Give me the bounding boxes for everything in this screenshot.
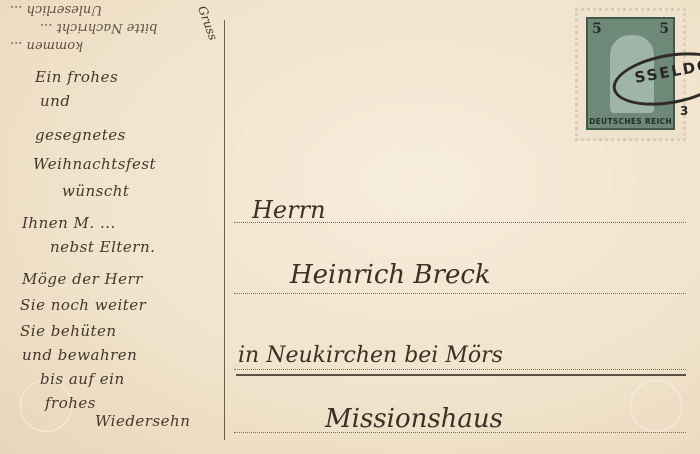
upside-down-message-line: Unleserlich ... — [10, 2, 102, 17]
embossed-ornament — [630, 380, 682, 432]
upside-down-message-line: bitte Nachricht ... — [40, 20, 157, 35]
message-line: wünscht — [62, 182, 129, 200]
stamp-value-right: 5 — [659, 21, 669, 37]
message-line: nebst Eltern. — [50, 238, 155, 256]
postmark-digit: 3 — [680, 104, 688, 118]
center-divider — [224, 20, 225, 440]
address-town: in Neukirchen bei Mörs — [238, 343, 503, 368]
message-line: Ihnen M. ... — [22, 214, 116, 232]
vertical-message: Gruss — [195, 4, 220, 42]
stamp-label: DEUTSCHES REICH — [588, 117, 673, 126]
address-line-guide — [234, 222, 686, 223]
message-line: frohes — [45, 394, 96, 412]
message-line: Sie behüten — [20, 322, 117, 340]
message-line: und bewahren — [22, 346, 137, 364]
postcard: Unleserlich ... bitte Nachricht ... komm… — [0, 0, 700, 454]
address-name: Heinrich Breck — [290, 260, 491, 290]
address-line-guide — [234, 369, 686, 370]
stamp-value-left: 5 — [592, 21, 602, 37]
message-line: Möge der Herr — [22, 270, 143, 288]
message-line: Wiedersehn — [95, 412, 190, 430]
address-line-guide — [234, 432, 686, 433]
message-line: Ein frohes — [35, 68, 118, 86]
message-line: Sie noch weiter — [20, 296, 146, 314]
message-line: gesegnetes — [35, 126, 126, 144]
address-institution: Missionshaus — [325, 404, 503, 434]
message-line: Weihnachtsfest — [33, 155, 156, 173]
address-underline — [236, 374, 686, 376]
address-salutation: Herrn — [252, 196, 326, 224]
message-line: bis auf ein — [40, 370, 125, 388]
address-line-guide — [234, 293, 686, 294]
message-line: und — [40, 92, 70, 110]
upside-down-message-line: kommen ... — [10, 38, 83, 53]
